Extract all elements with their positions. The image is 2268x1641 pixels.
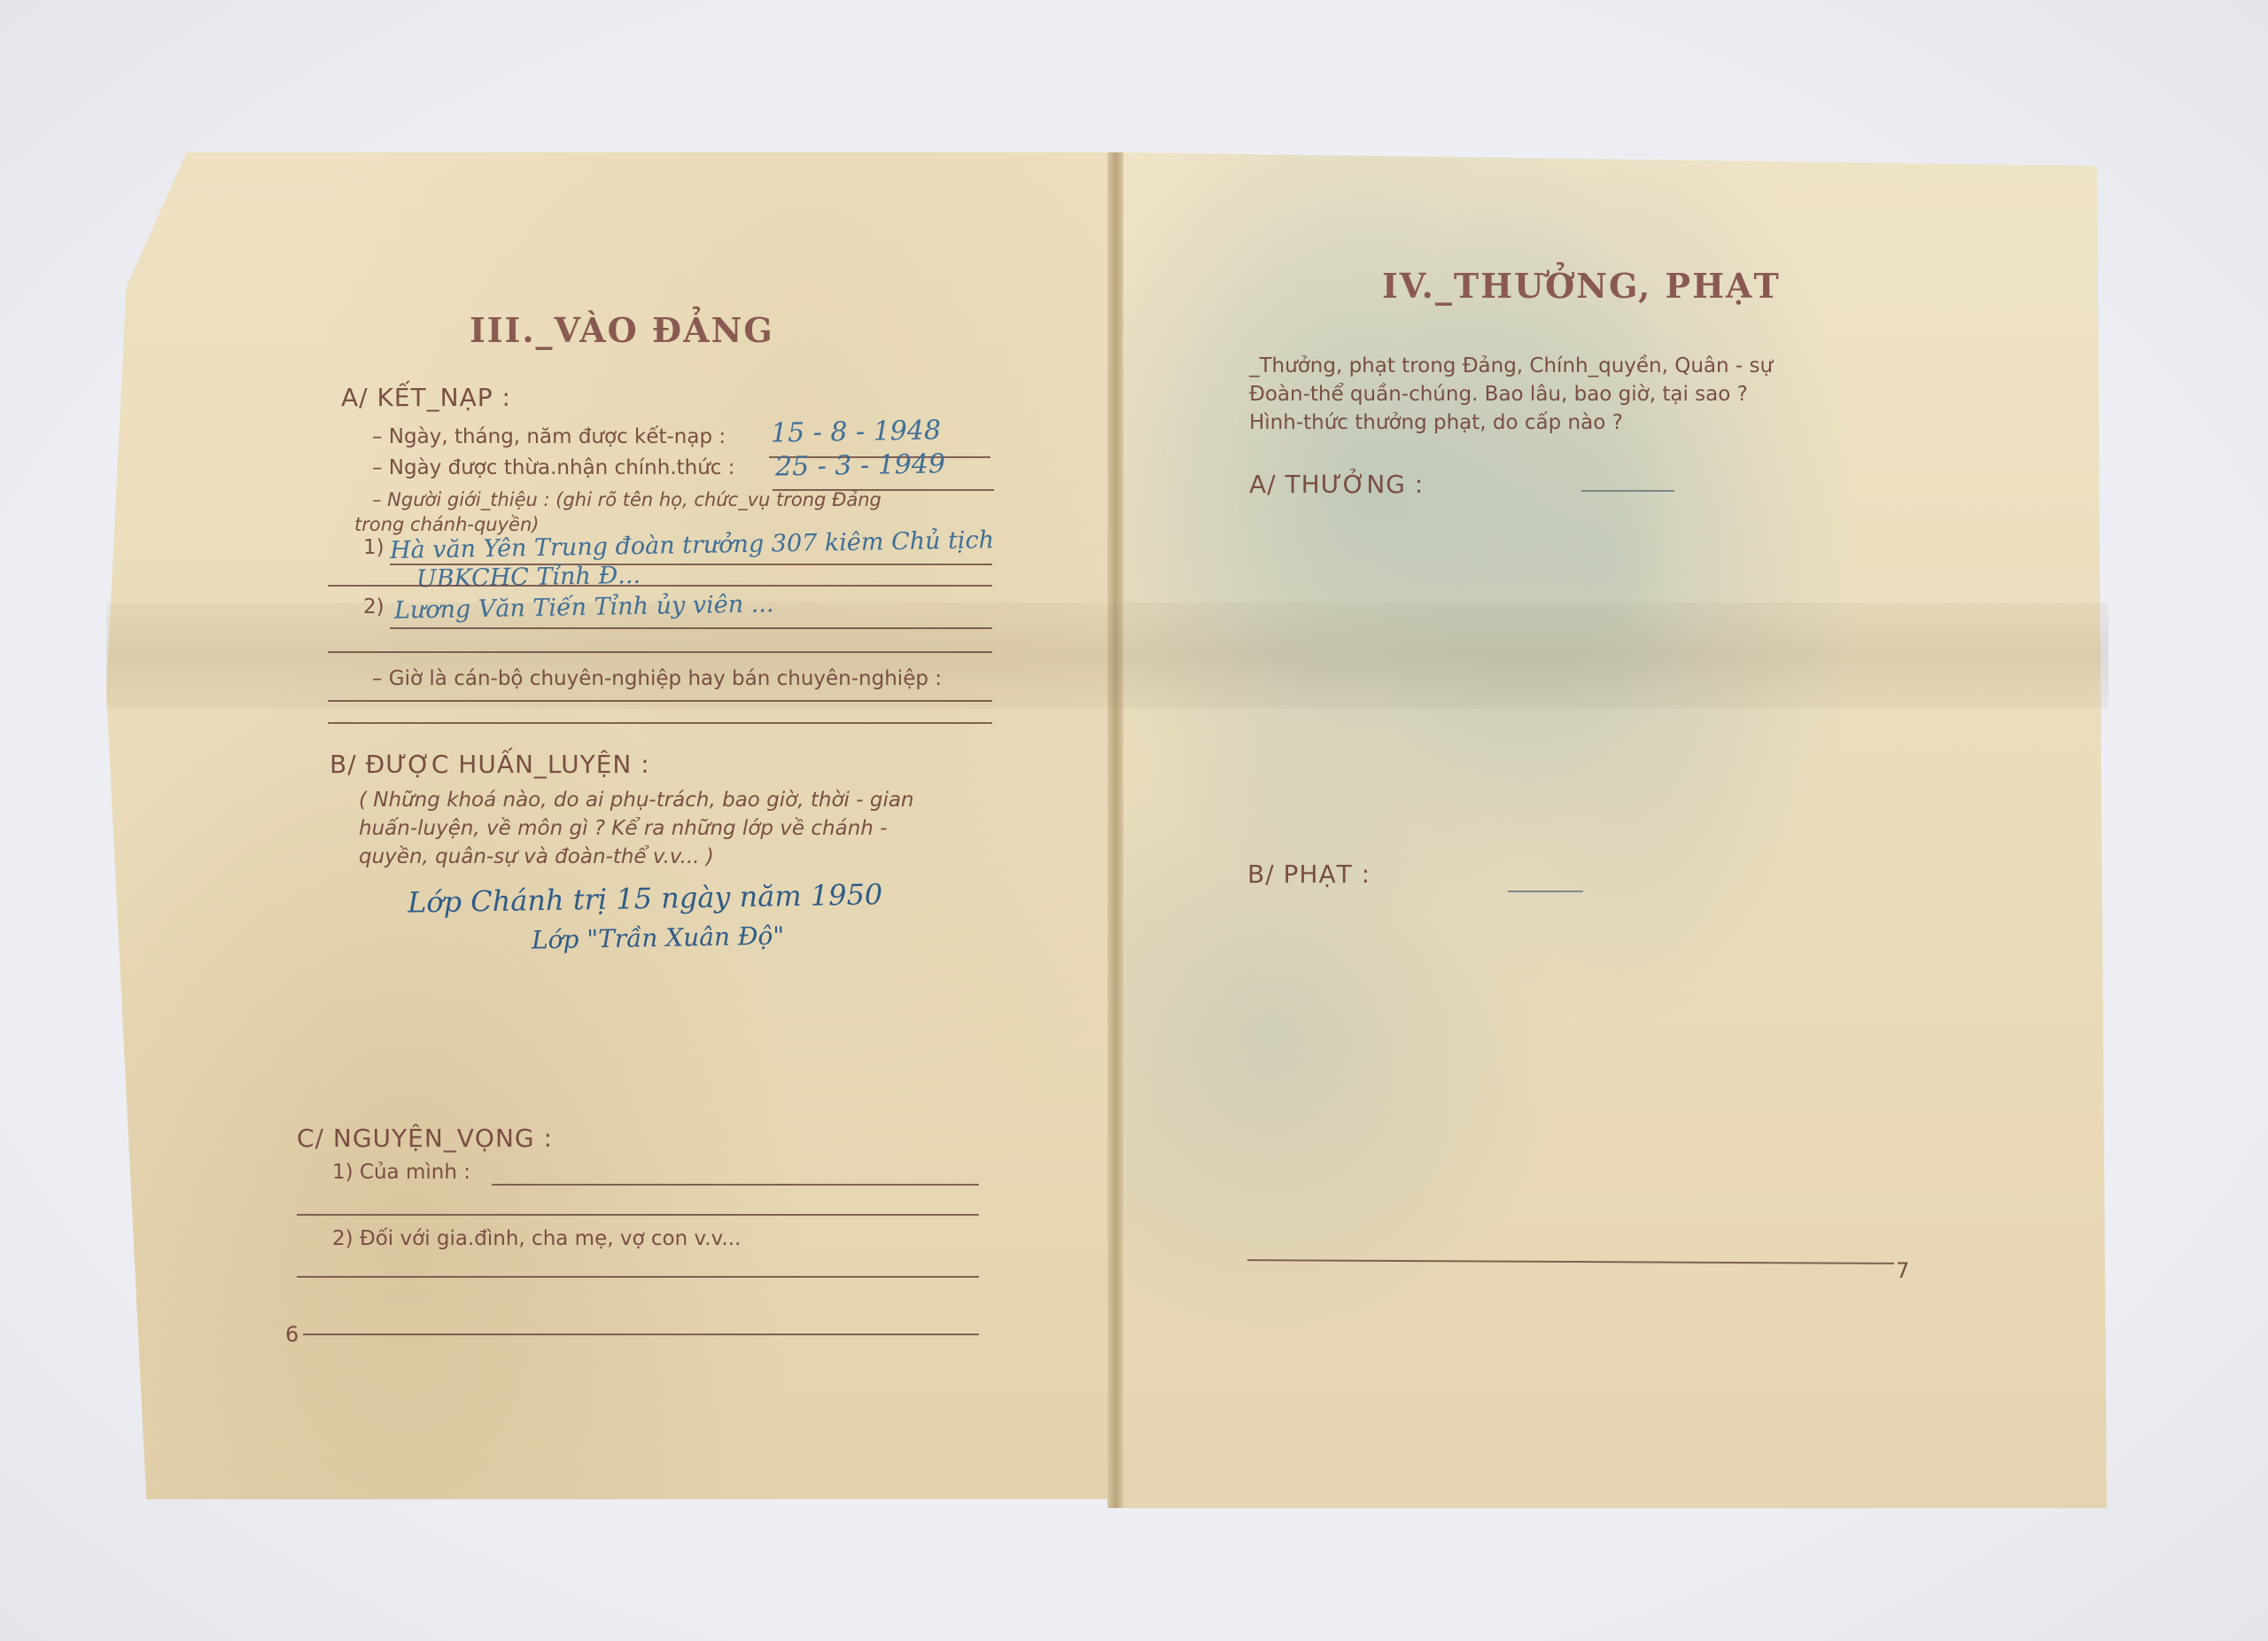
section-a-heading: A/ KẾT_NẠP : bbox=[341, 383, 511, 412]
open-booklet: III._VÀO ĐẢNG A/ KẾT_NẠP : – Ngày, tháng… bbox=[0, 0, 2268, 1641]
section-c-heading: C/ NGUYỆN_VỌNG : bbox=[297, 1124, 553, 1153]
admission-date-value: 15 - 8 - 1948 bbox=[771, 415, 942, 448]
section-penalty-heading: B/ PHẠT : bbox=[1247, 859, 1371, 889]
training-handwritten-2: Lớp "Trần Xuân Độ" bbox=[532, 922, 785, 955]
penalty-dash bbox=[1508, 890, 1583, 892]
introducer-1-text-cont: UBKCHC Tỉnh Đ... bbox=[416, 562, 641, 593]
reward-dash bbox=[1581, 490, 1674, 492]
introducer-label-cont: trong chánh-quyền) bbox=[354, 514, 539, 535]
official-date-label: – Ngày được thừa.nhận chính.thức : bbox=[372, 456, 735, 479]
cadre-line bbox=[328, 700, 992, 702]
cadre-line-2 bbox=[328, 722, 992, 724]
cadre-label: – Giờ là cán-bộ chuyên-nghiệp hay bán ch… bbox=[372, 667, 942, 690]
aspiration-family-label: 2) Đối với gia.đình, cha mẹ, vợ con v.v.… bbox=[332, 1227, 741, 1250]
reward-instruction-3: Hình-thức thưởng phạt, do cấp nào ? bbox=[1249, 411, 1623, 434]
section-iii-title: III._VÀO ĐẢNG bbox=[470, 310, 774, 350]
aspiration-own-label: 1) Của mình : bbox=[332, 1161, 470, 1184]
introducer-2-num: 2) bbox=[363, 595, 384, 618]
reward-instruction-2: Đoàn-thể quần-chúng. Bao lâu, bao giờ, t… bbox=[1249, 383, 1748, 406]
aspiration-family-line bbox=[297, 1276, 979, 1278]
aspiration-own-line-2 bbox=[297, 1214, 979, 1216]
reward-instruction-1: _Thưởng, phạt trong Đảng, Chính_quyền, Q… bbox=[1249, 354, 1773, 377]
introducer-1-num: 1) bbox=[363, 536, 384, 559]
section-b-heading: B/ ĐƯỢC HUẤN_LUYỆN : bbox=[330, 750, 650, 779]
booklet-spine bbox=[1107, 152, 1123, 1508]
admission-date-label: – Ngày, tháng, năm được kết-nạp : bbox=[372, 425, 726, 448]
section-iv-title: IV._THƯỞNG, PHẠT bbox=[1382, 266, 1781, 306]
introducer-2-line-2 bbox=[328, 651, 992, 653]
training-instruction-3: quyền, quân-sự và đoàn-thể v.v... ) bbox=[359, 845, 714, 868]
section-reward-heading: A/ THƯỞNG : bbox=[1249, 470, 1424, 499]
training-instruction-1: ( Những khoá nào, do ai phụ-trách, bao g… bbox=[359, 789, 914, 812]
official-date-value: 25 - 3 - 1949 bbox=[775, 448, 946, 482]
training-instruction-2: huấn-luyện, về môn gì ? Kể ra những lớp … bbox=[359, 817, 887, 840]
introducer-2-line bbox=[390, 627, 992, 629]
introducer-label: – Người giới_thiệu : (ghi rõ tên họ, chứ… bbox=[372, 489, 882, 510]
introducer-1-line-2 bbox=[328, 585, 992, 587]
page-number-right: 7 bbox=[1896, 1258, 1909, 1283]
aspiration-own-line bbox=[492, 1184, 979, 1186]
page-number-left: 6 bbox=[285, 1322, 299, 1347]
aspiration-family-line-2 bbox=[303, 1334, 979, 1335]
